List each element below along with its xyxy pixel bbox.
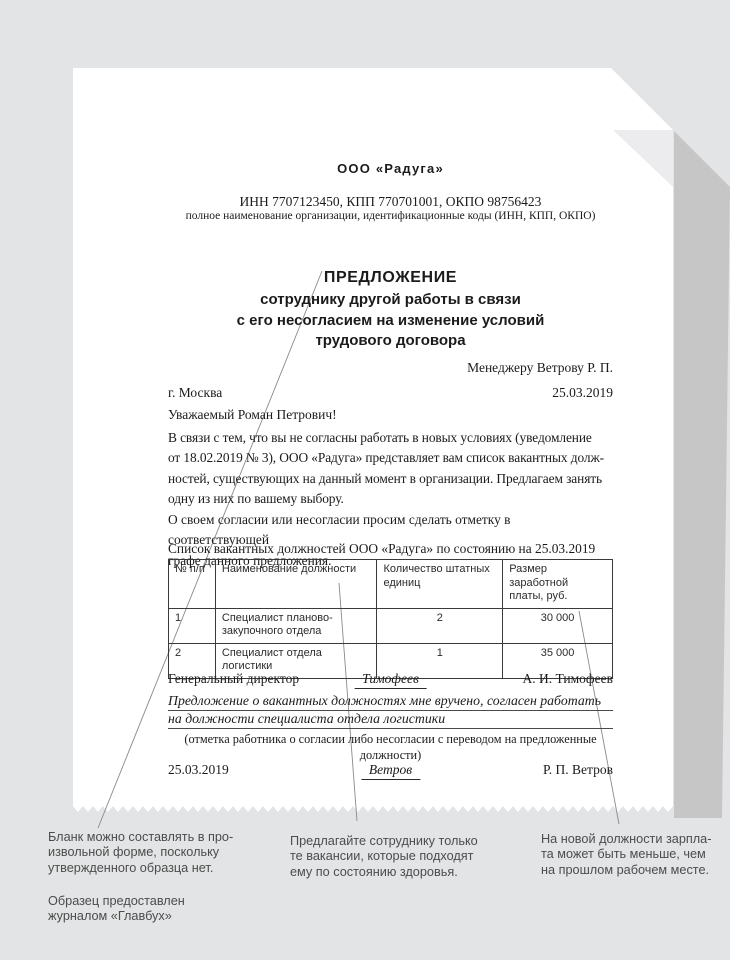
note-salary-lower: На новой должности зарпла- та может быть… (541, 832, 730, 878)
table-cell: 1 (169, 608, 216, 643)
vacancy-table: № п/пНаименование должностиКоличество шт… (168, 559, 613, 679)
table-header-cell: № п/п (169, 560, 216, 609)
director-signature: Тимофеев (354, 671, 427, 689)
note-source-glavbukh: Образец предоставлен журналом «Главбух» (48, 894, 273, 925)
city-date-row: г. Москва 25.03.2019 (168, 385, 613, 401)
table-cell: 30 000 (503, 608, 613, 643)
table-cell: 2 (377, 608, 503, 643)
employee-name: Р. П. Ветров (543, 762, 613, 778)
note-health-vacancies: Предлагайте сотруднику только те ваканси… (290, 834, 515, 880)
doc-title: ПРЕДЛОЖЕНИЕ (168, 269, 613, 287)
salutation: Уважаемый Роман Петрович! (168, 407, 613, 423)
screenshot-canvas: ООО «Радуга» ИНН 7707123450, КПП 7707010… (0, 0, 730, 960)
confirmation-text-line2: на должности специалиста отдела логистик… (168, 711, 613, 729)
employee-date: 25.03.2019 (168, 762, 229, 778)
director-name: А. И. Тимофеев (522, 671, 613, 687)
org-codes: ИНН 7707123450, КПП 770701001, ОКПО 9875… (168, 194, 613, 210)
paragraph-notice: В связи с тем, что вы не согласны работа… (168, 428, 613, 510)
table-header-cell: Количество штатных единиц (377, 560, 503, 609)
note-free-form: Бланк можно составлять в про- извольной … (48, 830, 273, 876)
doc-date: 25.03.2019 (552, 385, 613, 401)
table-header-cell: Размер заработной платы, руб. (503, 560, 613, 609)
org-codes-caption: полное наименование организации, идентиф… (168, 210, 613, 222)
city: г. Москва (168, 385, 222, 400)
vacancy-list-intro: Список вакантных должностей ООО «Радуга»… (168, 541, 613, 557)
page-shadow (674, 131, 730, 818)
table-row: 1Специалист планово- закупочного отдела2… (169, 608, 613, 643)
employee-signature: Ветров (361, 762, 420, 780)
org-name: ООО «Радуга» (168, 161, 613, 176)
confirmation-text-line1: Предложение о вакантных должностях мне в… (168, 693, 613, 711)
table-header-row: № п/пНаименование должностиКоличество шт… (169, 560, 613, 609)
addressee: Менеджеру Ветрову Р. П. (168, 360, 613, 376)
confirmation-caption: (отметка работника о согласии либо несог… (168, 732, 613, 763)
table-cell: Специалист планово- закупочного отдела (215, 608, 377, 643)
director-signature-row: Генеральный директор Тимофеев А. И. Тимо… (168, 671, 613, 690)
director-title: Генеральный директор (168, 671, 299, 687)
doc-subtitle: сотруднику другой работы в связи с его н… (168, 290, 613, 352)
table-header-cell: Наименование должности (215, 560, 377, 609)
employee-signature-row: 25.03.2019 Ветров Р. П. Ветров (168, 762, 613, 781)
